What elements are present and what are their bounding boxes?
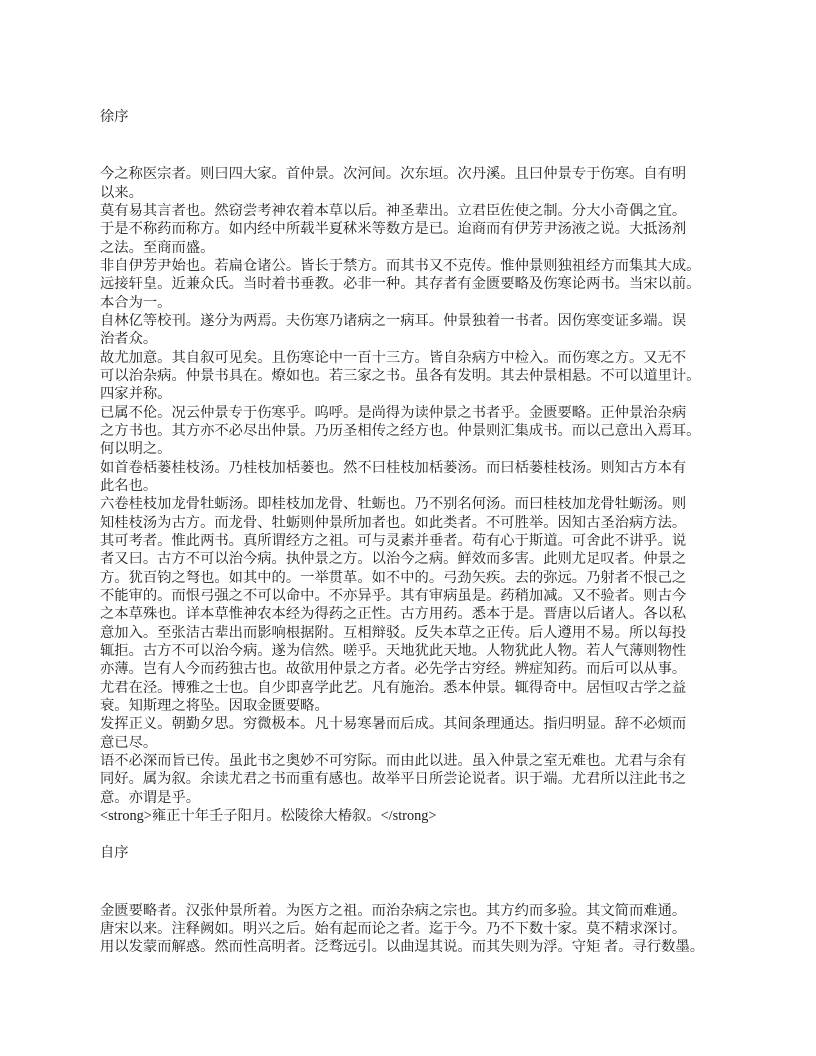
document-page: 徐序今之称医宗者。则曰四大家。首仲景。次河间。次东垣。次丹溪。且曰仲景专于伤寒。…: [100, 108, 720, 956]
text-line: 用以发蒙而解惑。然而性高明者。泛骛远引。以曲逞其说。而其失则为浮。守矩 者。寻行…: [100, 938, 720, 956]
text-line: 如首卷栝蒌桂枝汤。乃桂枝加栝蒌也。然不曰桂枝加栝蒌汤。而曰栝蒌桂枝汤。则知古方本…: [100, 459, 720, 477]
document-section: 徐序今之称医宗者。则曰四大家。首仲景。次河间。次东垣。次丹溪。且曰仲景专于伤寒。…: [100, 108, 720, 825]
text-line: 以来。: [100, 184, 720, 202]
text-line: 亦薄。岂有人今而药独古也。故欲用仲景之方者。必先学古穷经。辨症知药。而后可以从事…: [100, 660, 720, 678]
text-line: 本合为一。: [100, 294, 720, 312]
text-line: 此名也。: [100, 477, 720, 495]
section-heading: 徐序: [100, 108, 720, 126]
text-line: 今之称医宗者。则曰四大家。首仲景。次河间。次东垣。次丹溪。且曰仲景专于伤寒。自有…: [100, 165, 720, 183]
text-line: 自林亿等校刊。遂分为两焉。夫伤寒乃诸病之一病耳。仲景独着一书者。因伤寒变证多端。…: [100, 312, 720, 330]
document-section: 自序金匮要略者。汉张仲景所着。为医方之祖。而治杂病之宗也。其方约而多验。其文简而…: [100, 844, 720, 956]
text-line: 其可考者。惟此两书。真所谓经方之祖。可与灵素并垂者。苟有心于斯道。可舍此不讲乎。…: [100, 532, 720, 550]
text-line: 意。亦谓是乎。: [100, 789, 720, 807]
text-line: 故尤加意。其自叙可见矣。且伤寒论中一百十三方。皆自杂病方中检入。而伤寒之方。又无…: [100, 349, 720, 367]
text-line: 同好。属为叙。余读尤君之书而重有感也。故举平日所尝论说者。识于端。尤君所以注此书…: [100, 770, 720, 788]
text-line: 唐宋以来。注释阙如。明兴之后。始有起而论之者。迄于今。乃不下数十家。莫不精求深讨…: [100, 920, 720, 938]
text-line: 于是不称药而称方。如内经中所载半夏秫米等数方是已。迨商而有伊芳尹汤液之说。大抵汤…: [100, 220, 720, 238]
text-line: 莫有易其言者也。然窃尝考神农着本草以后。神圣辈出。立君臣佐使之制。分大小奇偶之宜…: [100, 202, 720, 220]
text-line: 治者众。: [100, 330, 720, 348]
text-line: 发挥正义。朝勤夕思。穷微极本。凡十易寒暑而后成。其间条理通达。指归明显。辞不必烦…: [100, 715, 720, 733]
text-line: 辄拒。古方不可以治今病。遂为信然。嗟乎。天地犹此天地。人物犹此人物。若人气薄则物…: [100, 642, 720, 660]
text-line: 衰。知斯理之将坠。因取金匮要略。: [100, 697, 720, 715]
text-line: 语不必深而旨已传。虽此书之奥妙不可穷际。而由此以进。虽入仲景之室无难也。尤君与余…: [100, 752, 720, 770]
text-line: 已属不伦。况云仲景专于伤寒乎。呜呼。是尚得为读仲景之书者乎。金匮要略。正仲景治杂…: [100, 404, 720, 422]
text-line: 不能审的。而恨弓强之不可以命中。不亦异乎。其有审病虽是。药稍加减。又不验者。则古…: [100, 587, 720, 605]
text-line: 非自伊芳尹始也。若扁仓诸公。皆长于禁方。而其书又不克传。惟仲景则独祖经方而集其大…: [100, 257, 720, 275]
text-line: 之本草殊也。详本草惟神农本经为得药之正性。古方用药。悉本于是。晋唐以后诸人。各以…: [100, 605, 720, 623]
text-line: 可以治杂病。仲景书具在。燎如也。若三家之书。虽各有发明。其去仲景相悬。不可以道里…: [100, 367, 720, 385]
text-line: 六卷桂枝加龙骨牡蛎汤。即桂枝加龙骨、牡蛎也。乃不别名何汤。而曰桂枝加龙骨牡蛎汤。…: [100, 495, 720, 513]
text-line: 四家并称。: [100, 385, 720, 403]
text-line: 尤君在泾。博雅之士也。自少即喜学此艺。凡有施治。悉本仲景。辄得奇中。居恒叹古学之…: [100, 679, 720, 697]
text-line: <strong>雍正十年壬子阳月。松陵徐大椿叙。</strong>: [100, 807, 720, 825]
text-line: 金匮要略者。汉张仲景所着。为医方之祖。而治杂病之宗也。其方约而多验。其文简而难通…: [100, 902, 720, 920]
section-heading: 自序: [100, 844, 720, 862]
text-line: 意已尽。: [100, 734, 720, 752]
text-line: 远接轩皇。近兼众氏。当时着书垂教。必非一种。其存者有金匮要略及伤寒论两书。当宋以…: [100, 275, 720, 293]
text-line: 何以明之。: [100, 440, 720, 458]
text-line: 之方书也。其方亦不必尽出仲景。乃历圣相传之经方也。仲景则汇集成书。而以己意出入焉…: [100, 422, 720, 440]
text-line: 知桂枝汤为古方。而龙骨、牡蛎则仲景所加者也。如此类者。不可胜举。因知古圣治病方法…: [100, 514, 720, 532]
text-line: 方。犹百钧之弩也。如其中的。一举贯革。如不中的。弓劲矢疾。去的弥远。乃射者不恨己…: [100, 569, 720, 587]
text-line: 意加入。至张洁古辈出而影响根据附。互相辩驳。反失本草之正传。后人遵用不易。所以每…: [100, 624, 720, 642]
text-line: 之法。至商而盛。: [100, 239, 720, 257]
text-line: 者又曰。古方不可以治今病。执仲景之方。以治今之病。鲜效而多害。此则尤足叹者。仲景…: [100, 550, 720, 568]
